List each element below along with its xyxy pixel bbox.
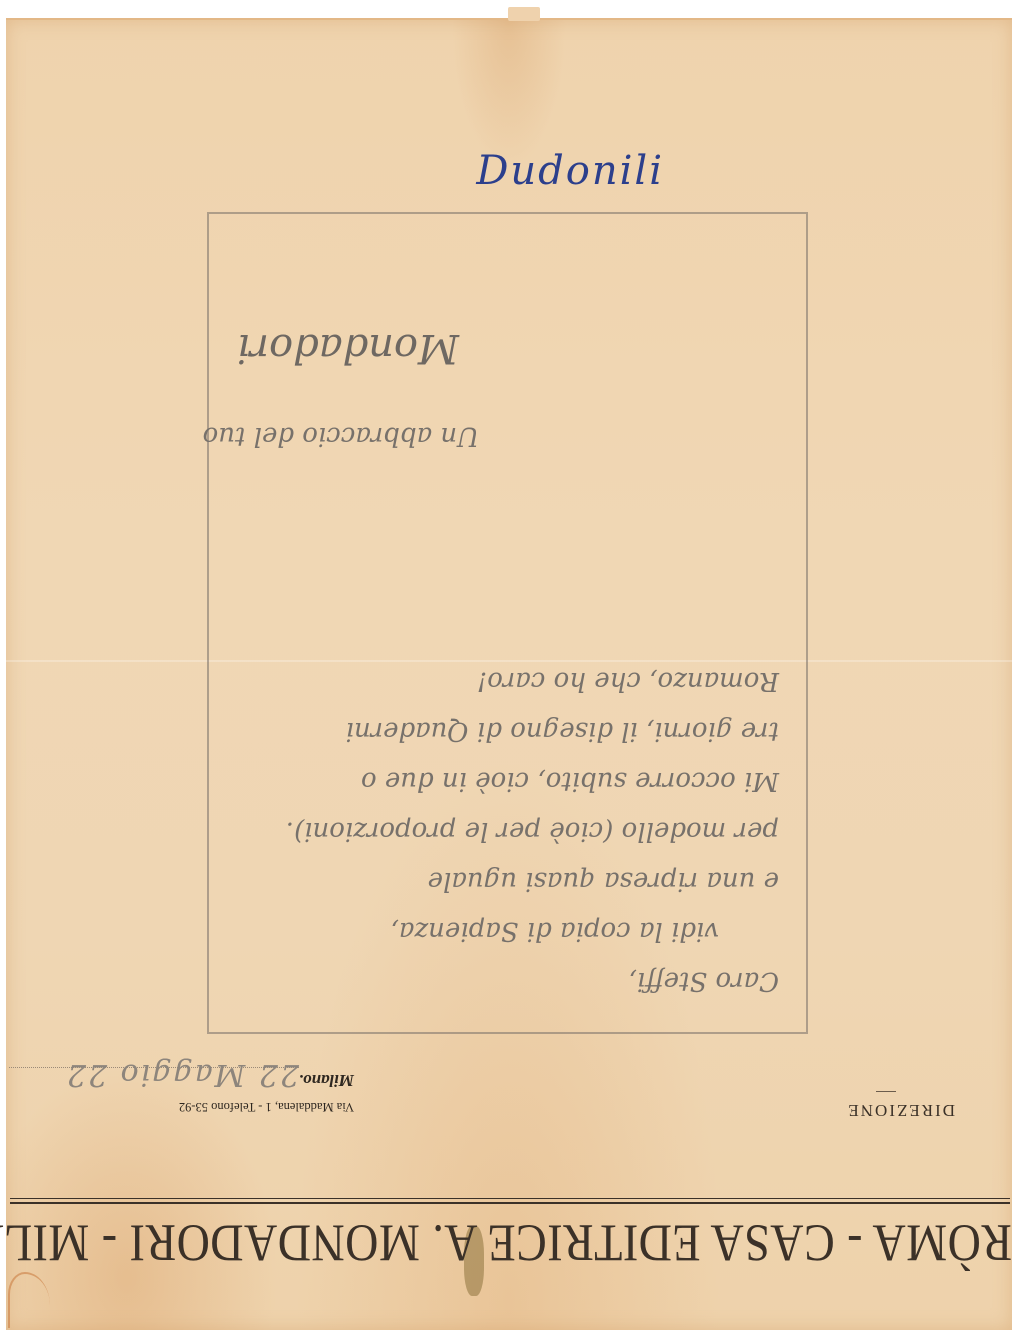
letterhead-address: Milano. Via Maddalena, 1 - Telefono 53-9…: [299, 1070, 354, 1090]
letter-line: vidi la copia di Sapienza,: [219, 906, 779, 956]
letter-line: e una ripresa quasi uguale: [219, 856, 779, 906]
letter-line: Romanzo, che ho caro!: [219, 656, 779, 706]
letter-line: per modello (cioè per le proporzioni).: [219, 806, 779, 856]
letter-line: tre giorni, il disegno di Quaderni: [219, 706, 779, 756]
letter-line: Mi occorre subito, cioè in due o: [219, 756, 779, 806]
letterhead-masthead: RÒMA - CASA EDITRICE A. MONDADORI - MILA…: [7, 1210, 1012, 1274]
letter-body: Caro Steffi, vidi la copia di Sapienza, …: [219, 656, 779, 1006]
masthead-rule: [10, 1202, 1010, 1204]
handwritten-date: 22 Maggio 22: [65, 1057, 299, 1092]
street-address: Via Maddalena, 1 - Telefono 53-92: [179, 1099, 354, 1114]
publisher-title: RÒMA - CASA EDITRICE A. MONDADORI - MILA…: [7, 1213, 1012, 1274]
department-dash: [876, 1091, 896, 1092]
signature: Mondadori: [237, 325, 459, 371]
department-label: DIREZIONE: [846, 1100, 955, 1120]
masthead-rule-thin: [10, 1198, 1010, 1199]
blue-ink-note: Dudonili: [476, 148, 664, 194]
upside-down-content: RÒMA - CASA EDITRICE A. MONDADORI - MILA…: [0, 0, 1019, 1336]
city-label: Milano.: [299, 1070, 354, 1090]
letter-closing: Un abbraccio del tuo: [203, 421, 479, 451]
salutation: Caro Steffi,: [219, 956, 779, 1006]
